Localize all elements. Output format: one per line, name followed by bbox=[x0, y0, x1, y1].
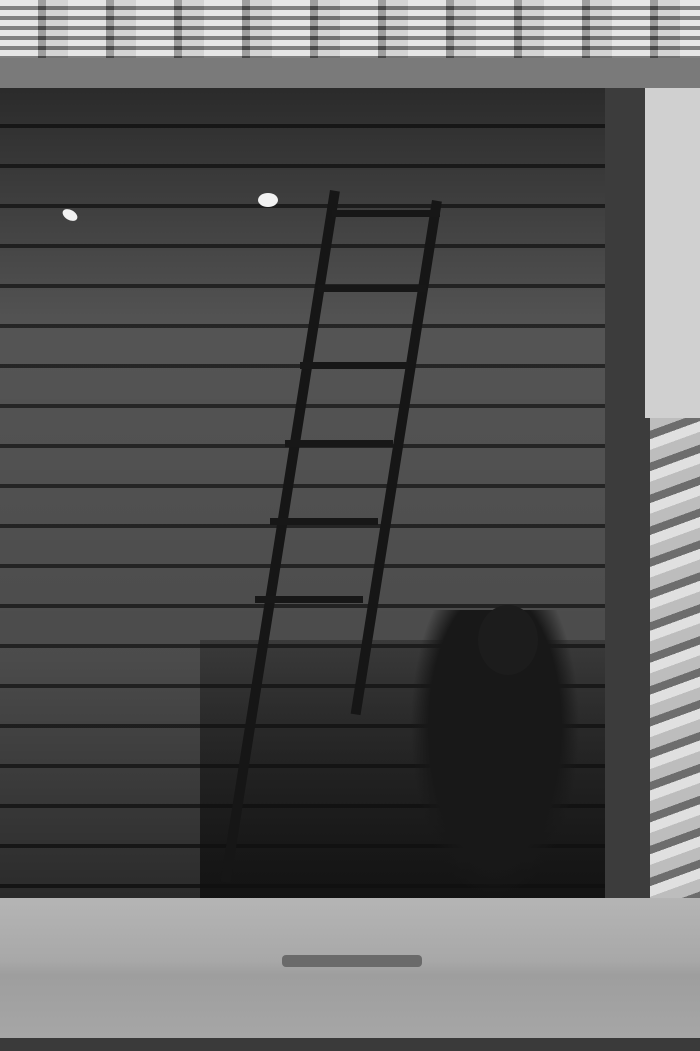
photograph: Black-and-white photograph of a wooden-s… bbox=[0, 0, 700, 1051]
concrete-sill bbox=[0, 898, 700, 1038]
ladder-shadow-rung bbox=[300, 362, 408, 369]
ladder-shadow-rung bbox=[285, 440, 393, 447]
ladder-shadow-rung bbox=[270, 518, 378, 525]
rubble-edge bbox=[650, 418, 700, 978]
tile-roof bbox=[0, 0, 700, 58]
bottom-strip bbox=[0, 1038, 700, 1051]
ladder-shadow-rung bbox=[318, 285, 426, 292]
ladder-shadow-rung bbox=[332, 210, 440, 217]
roof-eave bbox=[0, 58, 700, 88]
ladder-shadow-rung bbox=[255, 596, 363, 603]
sill-stain bbox=[282, 955, 422, 967]
bright-edge bbox=[645, 88, 700, 418]
light-spot bbox=[258, 193, 278, 207]
figure-head-shadow bbox=[478, 605, 538, 675]
